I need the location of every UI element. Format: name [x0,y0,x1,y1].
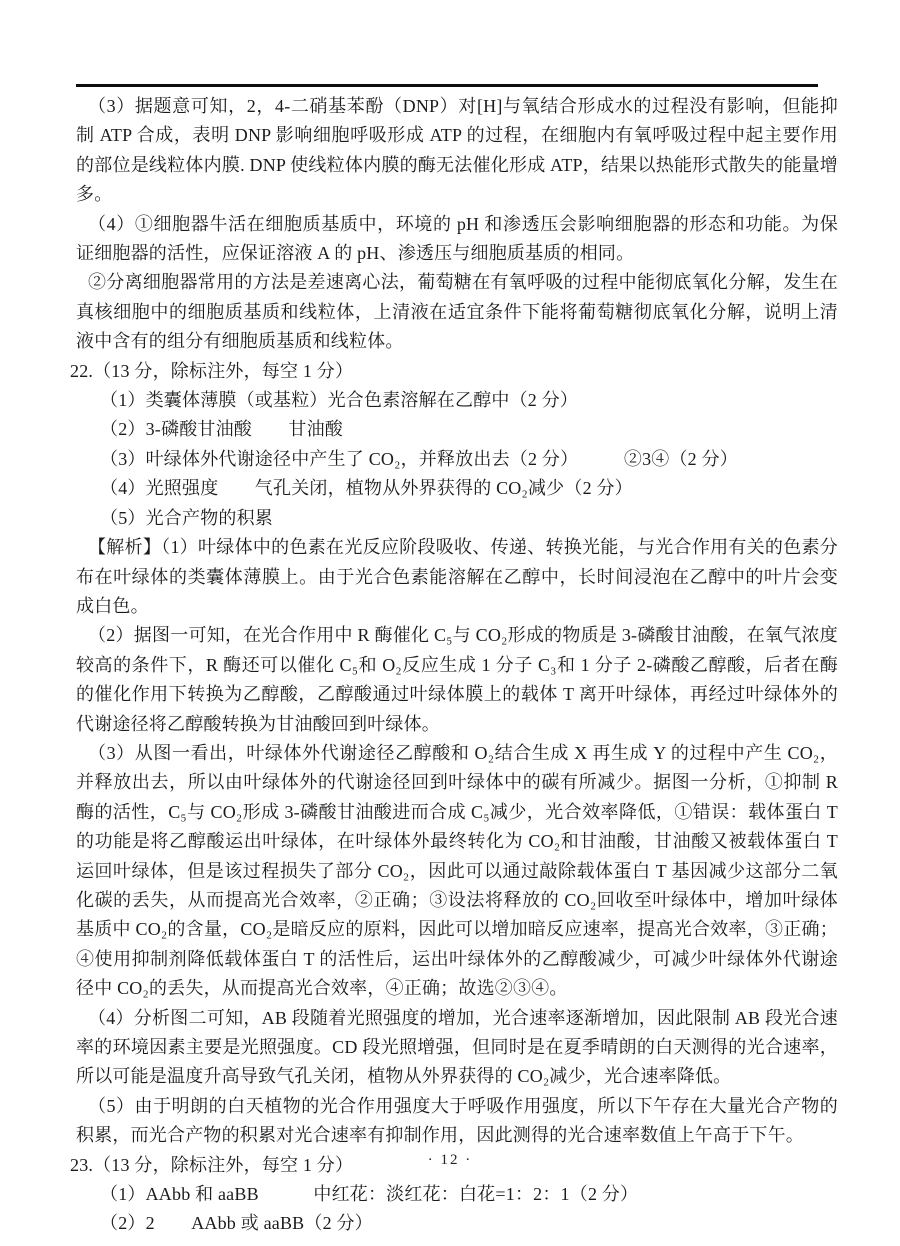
page-number: · 12 · [0,1152,900,1169]
q22-answer-line-2: （2）3-磷酸甘油酸 甘油酸 [100,415,838,444]
q23-answer-line-1: （1）AAbb 和 aaBB 中红花：淡红花：白花=1：2：1（2 分） [100,1180,838,1209]
page-body: （3）据题意可知，2，4-二硝基苯酚（DNP）对[H]与氧结合形成水的过程没有影… [76,92,838,1239]
q22-answer-line-3: （3）叶绿体外代谢途径中产生了 CO₂，并释放出去（2 分） ②3④（2 分） [100,445,838,474]
answer-sheet-page: （3）据题意可知，2，4-二硝基苯酚（DNP）对[H]与氧结合形成水的过程没有影… [0,0,900,1246]
paragraph-q21-answer-4-2: ②分离细胞器常用的方法是差速离心法，葡萄糖在有氧呼吸的过程中能彻底氧化分解，发生… [76,268,838,356]
q22-analysis-paragraph-4: （4）分析图二可知，AB 段随着光照强度的增加，光合速率逐渐增加，因此限制 AB… [76,1004,838,1092]
paragraph-q21-answer-4-1: （4）①细胞器牛活在细胞质基质中，环境的 pH 和渗透压会影响细胞器的形态和功能… [76,210,838,269]
q22-answer-line-4: （4）光照强度 气孔关闭，植物从外界获得的 CO₂减少（2 分） [100,474,838,503]
top-rule-divider [76,84,818,87]
q22-answer-line-5: （5）光合产物的积累 [100,504,838,533]
q22-analysis-paragraph-1: 【解析】（1）叶绿体中的色素在光反应阶段吸收、传递、转换光能，与光合作用有关的色… [76,533,838,621]
question-22-heading: 22.（13 分，除标注外，每空 1 分） [70,357,838,386]
paragraph-q21-answer-3: （3）据题意可知，2，4-二硝基苯酚（DNP）对[H]与氧结合形成水的过程没有影… [76,92,838,210]
q22-analysis-paragraph-5: （5）由于明朗的白天植物的光合作用强度大于呼吸作用强度，所以下午存在大量光合产物… [76,1092,838,1151]
q22-analysis-paragraph-3: （3）从图一看出，叶绿体外代谢途径乙醇酸和 O₂结合生成 X 再生成 Y 的过程… [76,739,838,1004]
q23-answer-line-2: （2）2 AAbb 或 aaBB（2 分） [100,1209,838,1238]
q22-answer-line-1: （1）类囊体薄膜（或基粒）光合色素溶解在乙醇中（2 分） [100,386,838,415]
q22-analysis-paragraph-2: （2）据图一可知，在光合作用中 R 酶催化 C₅与 CO₂形成的物质是 3-磷酸… [76,621,838,739]
